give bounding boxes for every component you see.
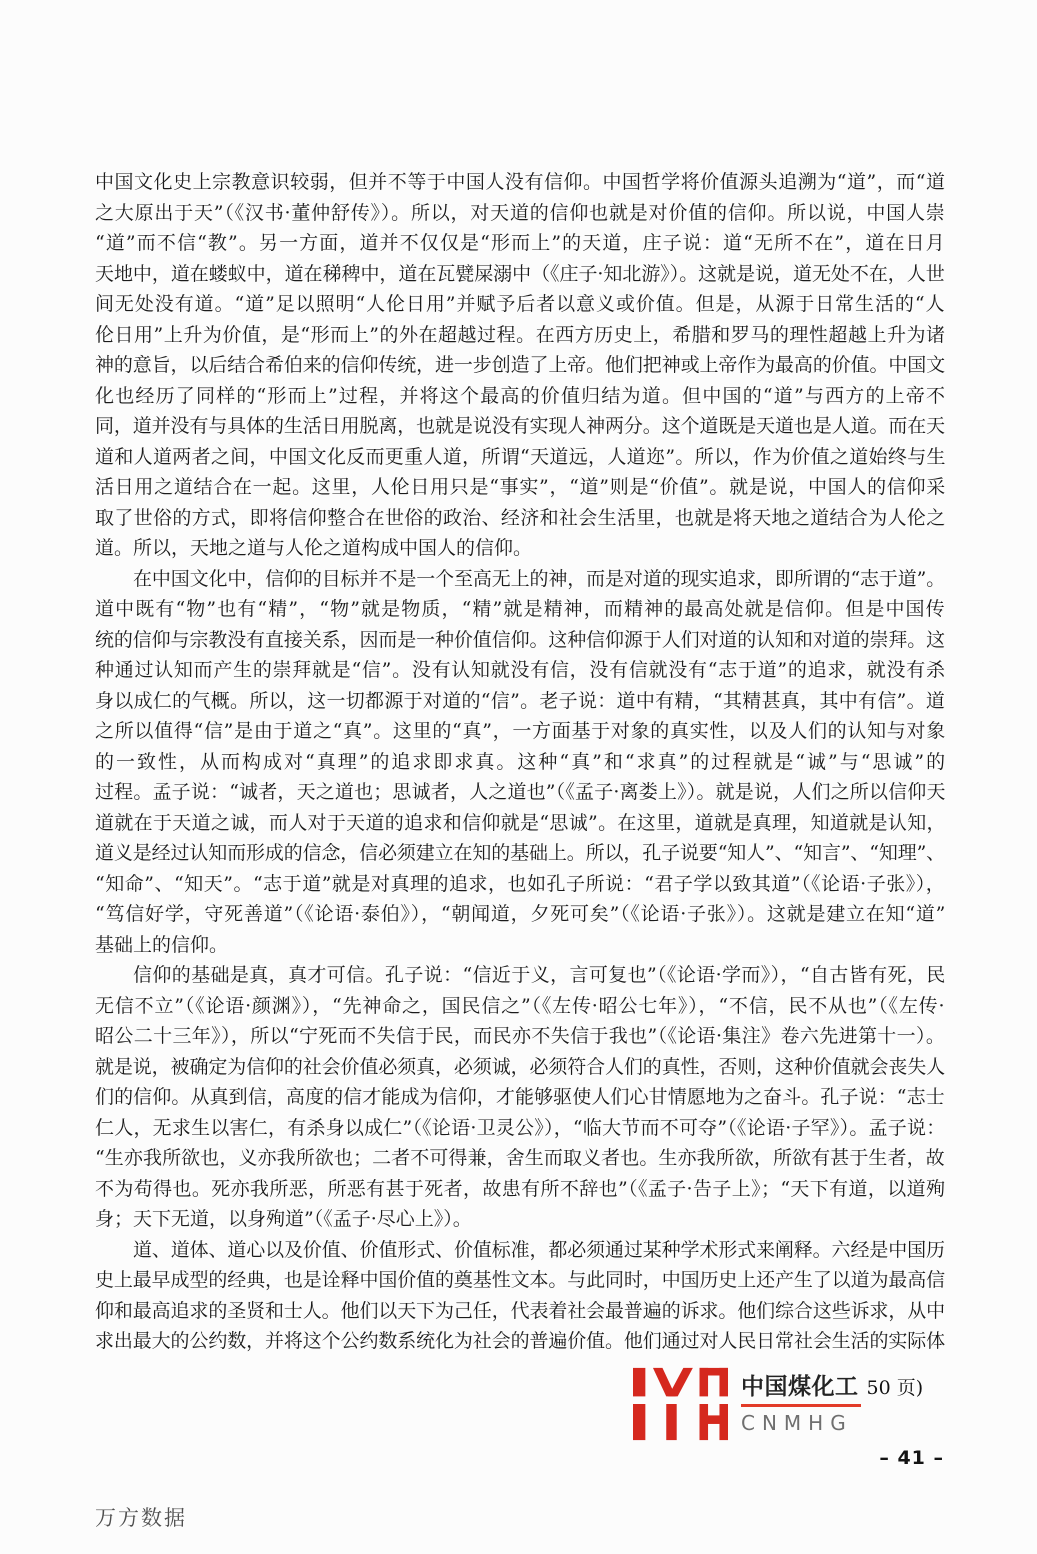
text-line: 之所以值得“信”是由于道之“真”。这里的“真”，一方面基于对象的真实性，以及人们… bbox=[95, 716, 945, 747]
text-line: 天地中，道在蝼蚁中，道在稊稗中，道在瓦甓屎溺中（《庄子·知北游》）。这就是说，道… bbox=[95, 259, 945, 290]
wanfang-provider-label: 万方数据 bbox=[95, 1502, 187, 1532]
article-body: 中国文化史上宗教意识较弱，但并不等于中国人没有信仰。中国哲学将价值源头追溯为“道… bbox=[95, 167, 945, 1357]
text-line: 取了世俗的方式，即将信仰整合在世俗的政治、经济和社会生活里，也就是将天地之道结合… bbox=[95, 503, 945, 534]
document-page: 中国文化史上宗教意识较弱，但并不等于中国人没有信仰。中国哲学将价值源头追溯为“道… bbox=[0, 0, 1037, 1554]
text-line: 神的意旨，以后结合希伯来的信仰传统，进一步创造了上帝。他们把神或上帝作为最高的价… bbox=[95, 350, 945, 381]
text-line: “道”而不信“教”。另一方面，道并不仅仅是“形而上”的天道，庄子说：道“无所不在… bbox=[95, 228, 945, 259]
text-line: 过程。孟子说：“诚者，天之道也；思诚者，人之道也”（《孟子·离娄上》）。就是说，… bbox=[95, 777, 945, 808]
text-line: 昭公二十三年》），所以“宁死而不失信于民，而民亦不失信于我也”（《论语·集注》卷… bbox=[95, 1021, 945, 1052]
text-line: 种通过认知而产生的崇拜就是“信”。没有认知就没有信，没有信就没有“志于道”的追求… bbox=[95, 655, 945, 686]
text-line: 道中既有“物”也有“精”，“物”就是物质，“精”就是精神，而精神的最高处就是信仰… bbox=[95, 594, 945, 625]
text-line: 基础上的信仰。 bbox=[95, 930, 945, 961]
text-line: 身以成仁的气概。所以，这一切都源于对道的“信”。老子说：道中有精，“其精甚真，其… bbox=[95, 686, 945, 717]
text-line: 活日用之道结合在一起。这里，人伦日用只是“事实”，“道”则是“价值”。就是说，中… bbox=[95, 472, 945, 503]
text-line: 史上最早成型的经典，也是诠释中国价值的奠基性文本。与此同时，中国历史上还产生了以… bbox=[95, 1265, 945, 1296]
text-line: 道义是经过认知而形成的信念，信必须建立在知的基础上。所以，孔子说要“知人”、“知… bbox=[95, 838, 945, 869]
cnmhg-logo-icon bbox=[633, 1367, 728, 1441]
page-number: – 41 – bbox=[879, 1447, 944, 1469]
watermark-text-block: 中国煤化工 50 页) CNMHG bbox=[741, 1367, 923, 1435]
text-line: 无信不立”（《论语·颜渊》），“先神命之，国民信之”（《左传·昭公七年》），“不… bbox=[95, 991, 945, 1022]
text-line: 们的信仰。从真到信，高度的信才能成为信仰，才能够驱使人们心甘情愿地为之奋斗。孔子… bbox=[95, 1082, 945, 1113]
text-line: 不为苟得也。死亦我所恶，所恶有甚于死者，故患有所不辞也”（《孟子·告子上》；“天… bbox=[95, 1174, 945, 1205]
text-line: 仰和最高追求的圣贤和士人。他们以天下为己任，代表着社会最普遍的诉求。他们综合这些… bbox=[95, 1296, 945, 1327]
text-line: 道。所以，天地之道与人伦之道构成中国人的信仰。 bbox=[95, 533, 945, 564]
text-line: 伦日用”上升为价值，是“形而上”的外在超越过程。在西方历史上，希腊和罗马的理性超… bbox=[95, 320, 945, 351]
watermark-underline bbox=[741, 1404, 861, 1407]
text-line: 道和人道两者之间，中国文化反而更重人道，所谓“天道远，人道迩”。所以，作为价值之… bbox=[95, 442, 945, 473]
text-line: 就是说，被确定为信仰的社会价值必须真，必须诚，必须符合人们的真性，否则，这种价值… bbox=[95, 1052, 945, 1083]
cnmhg-watermark: 中国煤化工 50 页) CNMHG bbox=[633, 1367, 923, 1441]
text-line: 身；天下无道，以身殉道”（《孟子·尽心上》）。 bbox=[95, 1204, 945, 1235]
watermark-overlapped-text: 50 页) bbox=[867, 1373, 924, 1400]
text-line: 信仰的基础是真，真才可信。孔子说：“信近于义，言可复也”（《论语·学而》），“自… bbox=[95, 960, 945, 991]
text-line: 统的信仰与宗教没有直接关系，因而是一种价值信仰。这种信仰源于人们对道的认知和对道… bbox=[95, 625, 945, 656]
text-line: 的一致性，从而构成对“真理”的追求即求真。这种“真”和“求真”的过程就是“诚”与… bbox=[95, 747, 945, 778]
text-line: 间无处没有道。“道”足以照明“人伦日用”并赋予后者以意义或价值。但是，从源于日常… bbox=[95, 289, 945, 320]
text-line: 在中国文化中，信仰的目标并不是一个至高无上的神，而是对道的现实追求，即所谓的“志… bbox=[95, 564, 945, 595]
text-line: “生亦我所欲也，义亦我所欲也；二者不可得兼，舍生而取义者也。生亦我所欲，所欲有甚… bbox=[95, 1143, 945, 1174]
watermark-brand-en: CNMHG bbox=[741, 1411, 923, 1435]
text-line: “笃信好学，守死善道”（《论语·泰伯》），“朝闻道，夕死可矣”（《论语·子张》）… bbox=[95, 899, 945, 930]
text-line: 仁人，无求生以害仁，有杀身以成仁”（《论语·卫灵公》），“临大节而不可夺”（《论… bbox=[95, 1113, 945, 1144]
text-line: 求出最大的公约数，并将这个公约数系统化为社会的普遍价值。他们通过对人民日常社会生… bbox=[95, 1326, 945, 1357]
text-line: 道、道体、道心以及价值、价值形式、价值标准，都必须通过某种学术形式来阐释。六经是… bbox=[95, 1235, 945, 1266]
text-line: 化也经历了同样的“形而上”过程，并将这个最高的价值归结为道。但中国的“道”与西方… bbox=[95, 381, 945, 412]
text-line: 中国文化史上宗教意识较弱，但并不等于中国人没有信仰。中国哲学将价值源头追溯为“道… bbox=[95, 167, 945, 198]
text-line: “知命”、“知天”。“志于道”就是对真理的追求，也如孔子所说：“君子学以致其道”… bbox=[95, 869, 945, 900]
text-line: 道就在于天道之诚，而人对于天道的追求和信仰就是“思诚”。在这里，道就是真理，知道… bbox=[95, 808, 945, 839]
text-line: 之大原出于天”（《汉书·董仲舒传》）。所以，对天道的信仰也就是对价值的信仰。所以… bbox=[95, 198, 945, 229]
text-line: 同，道并没有与具体的生活日用脱离，也就是说没有实现人神两分。这个道既是天道也是人… bbox=[95, 411, 945, 442]
watermark-brand-cn: 中国煤化工 bbox=[741, 1368, 859, 1401]
